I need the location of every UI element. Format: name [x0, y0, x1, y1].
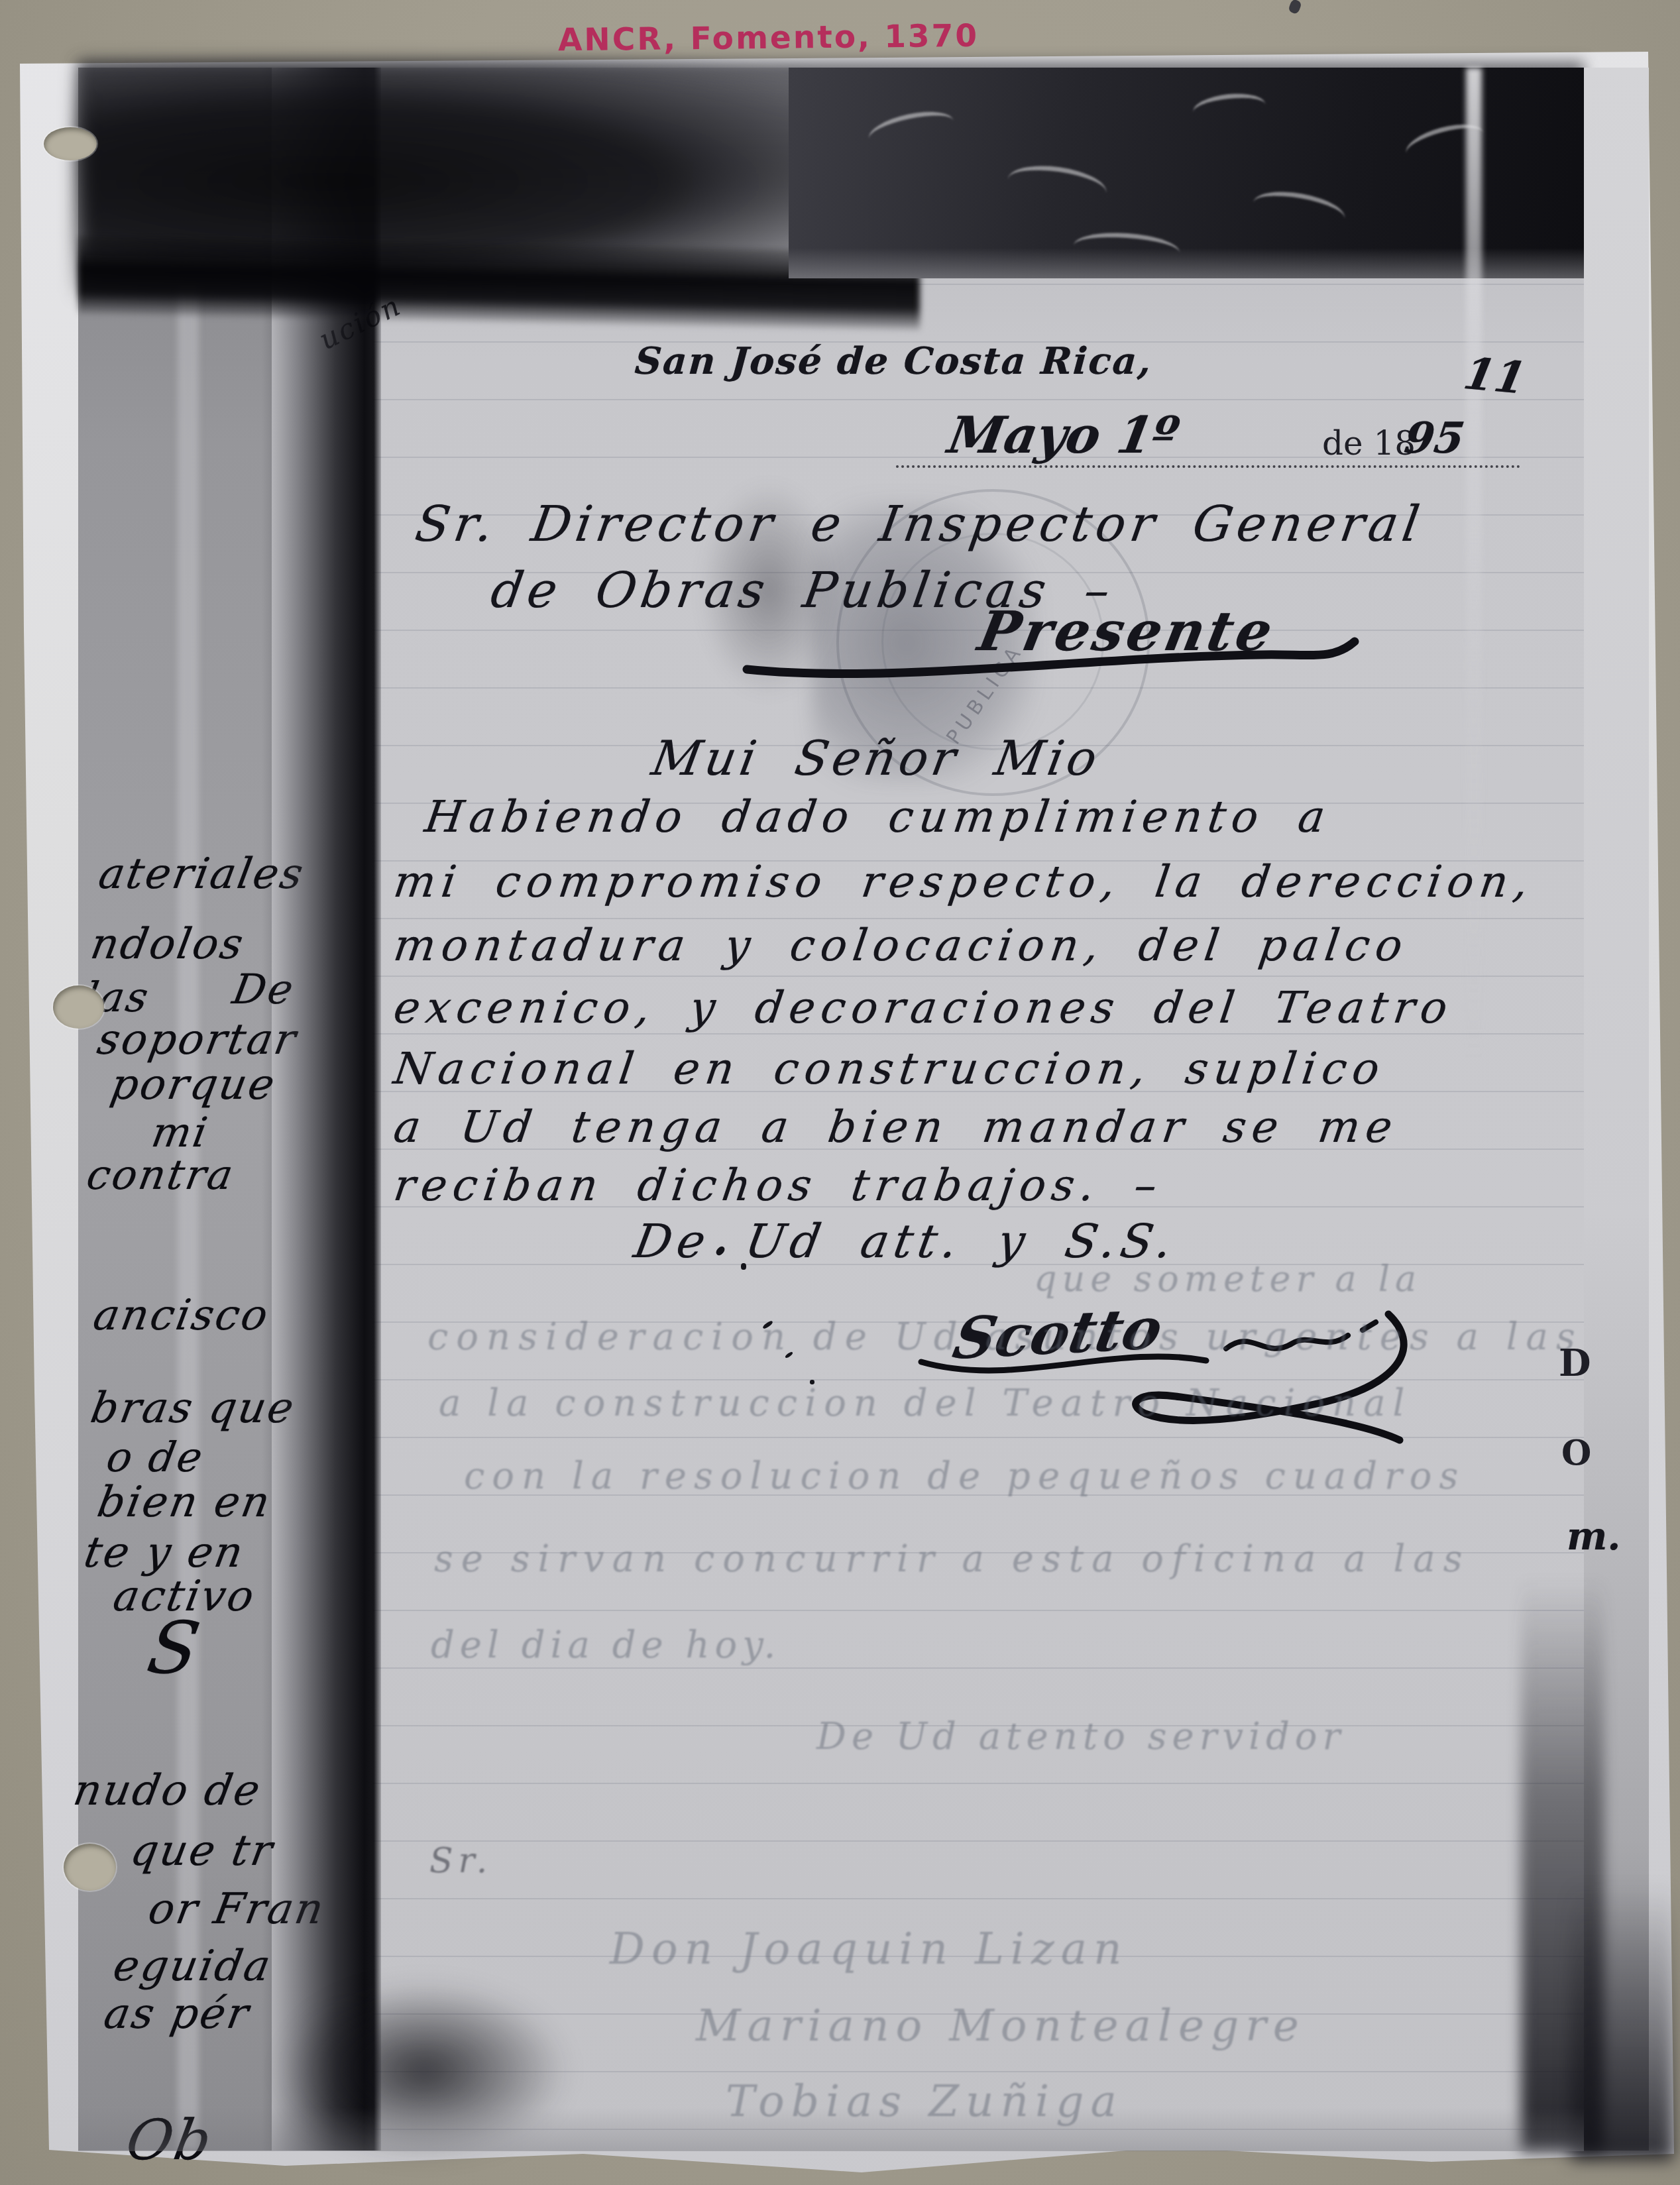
underlying-text-fragment: contra	[84, 1150, 239, 1199]
page-number: 11	[1460, 348, 1530, 404]
ghost-name: Don Joaquin Lizan	[610, 1923, 1129, 1974]
presente-underline-flourish	[737, 631, 1367, 691]
ghost-line: a la construccion del Teatro Nacional	[439, 1382, 1412, 1425]
ghost-line: consideracion de Ud asuntos urgentes a l…	[427, 1316, 1583, 1359]
ghost-name: Tobias Zuñiga	[726, 2076, 1123, 2127]
salutation: Mui Señor Mio	[648, 730, 1105, 786]
recipient-line-1: Sr. Director e Inspector General	[412, 496, 1428, 553]
punch-hole	[53, 985, 104, 1029]
scan-dark-corner	[789, 68, 1584, 278]
punch-hole	[44, 127, 97, 160]
ghost-line: con la resolucion de pequeños cuadros	[464, 1455, 1465, 1498]
underlying-text-fragment: te y en	[80, 1528, 249, 1577]
body-line: excenico, y decoraciones del Teatro	[391, 982, 1457, 1033]
scan-corner-shadow	[1571, 1882, 1673, 2160]
date-year: 95	[1402, 414, 1468, 463]
underlying-text-fragment: porque	[107, 1060, 280, 1109]
ghost-name: Mariano Montealegre	[696, 2000, 1306, 2051]
body-line: Habiendo dado cumplimiento a	[422, 791, 1335, 842]
date-handwritten: Mayo 1º	[944, 406, 1183, 465]
body-line: reciban dichos trabajos. –	[391, 1160, 1166, 1211]
underlying-text-fragment: o de	[103, 1433, 208, 1481]
body-line: Nacional en construccion, suplico	[391, 1043, 1389, 1094]
paper-crease	[1466, 68, 1482, 1062]
ink-speck	[741, 1263, 746, 1270]
archive-reference-annotation: ANCR, Fomento, 1370	[558, 18, 980, 59]
underlying-text-fragment: ancisco	[89, 1291, 273, 1340]
ghost-line: se sirvan concurrir a esta oficina a las	[434, 1538, 1470, 1581]
ghost-line: que someter a la	[1034, 1258, 1422, 1300]
underlying-text-fragment: as pér	[100, 1989, 254, 2039]
underlying-text-fragment: bien en	[93, 1478, 275, 1527]
margin-mark: D	[1559, 1341, 1591, 1385]
ghost-line: De Ud atento servidor	[816, 1715, 1345, 1758]
body-line: montadura y colocacion, del palco	[391, 920, 1412, 971]
underlying-text-fragment: que tr	[127, 1826, 278, 1876]
underlying-text-fragment: ndolos	[87, 920, 249, 969]
margin-mark: m.	[1567, 1514, 1621, 1559]
ghost-line: del dia de hoy.	[431, 1624, 781, 1667]
underlying-text-fragment: mi	[148, 1108, 213, 1156]
body-line: a Ud tenga a bien mandar se me	[391, 1101, 1402, 1152]
ghost-line: Sr.	[429, 1841, 492, 1881]
underlying-text-fragment: eguida	[109, 1942, 276, 1991]
page-fold-shadow	[262, 68, 381, 2151]
scanned-document-photo: ución ateriales ndolos las De soportar p…	[0, 0, 1680, 2185]
margin-mark: O	[1561, 1433, 1591, 1473]
underlying-text-fragment: nudo de	[70, 1766, 265, 1815]
body-line: mi compromiso respecto, la dereccion,	[391, 856, 1538, 907]
staple-mark	[1288, 0, 1302, 15]
punch-hole	[64, 1844, 116, 1891]
letterhead-city: San José de Costa Rica,	[634, 339, 1154, 383]
